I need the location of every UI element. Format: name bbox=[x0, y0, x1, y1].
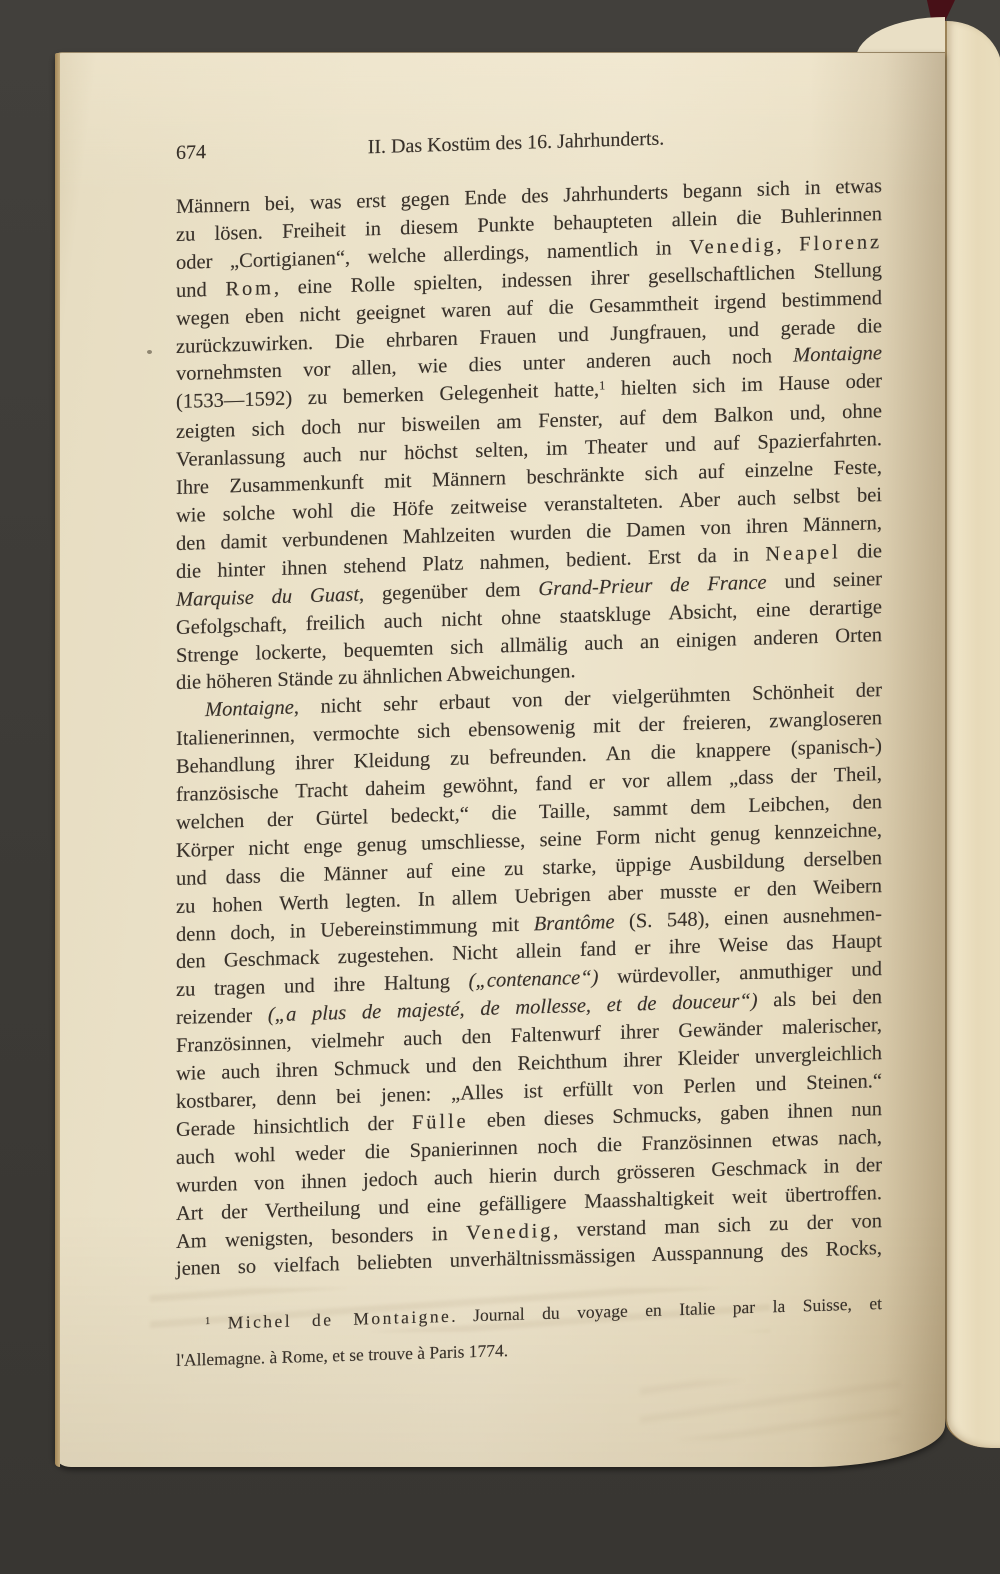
text-segment: Neapel bbox=[765, 541, 840, 565]
text-segment: Fülle bbox=[412, 1110, 469, 1134]
text-segment: Montaigne bbox=[205, 697, 294, 722]
facing-page-edge bbox=[945, 21, 1000, 1448]
text-segment: Brantôme bbox=[534, 911, 615, 935]
body-text: Männern bei, was erst gegen Ende des Jah… bbox=[176, 173, 882, 1284]
text-segment: und seiner bbox=[767, 568, 882, 593]
scan-speck bbox=[147, 350, 152, 354]
text-segment: die bbox=[841, 540, 882, 563]
text-segment: . Journal du voyage en Italie par la Sui… bbox=[451, 1293, 882, 1326]
text-segment: hielten sich im Hause oder bbox=[605, 370, 882, 400]
text-segment: als bei den bbox=[758, 986, 882, 1012]
text-segment: l'Allemagne. à Rome, et se trouve à Pari… bbox=[176, 1340, 508, 1370]
text-segment: , gegenüber dem bbox=[359, 578, 538, 605]
page-number: 674 bbox=[176, 139, 206, 166]
text-segment: Venedig bbox=[466, 1219, 553, 1244]
text-segment: Grand-Prieur de France bbox=[538, 571, 766, 600]
text-segment: Rom bbox=[225, 277, 273, 300]
text-segment: Venedig bbox=[689, 234, 776, 259]
text-segment: Florenz bbox=[799, 231, 882, 255]
text-segment: zu tragen und ihre Haltung bbox=[176, 971, 469, 1002]
text-segment: würdevoller, anmuthiger und bbox=[598, 958, 882, 988]
text-segment: und bbox=[176, 278, 225, 301]
text-segment bbox=[210, 1313, 228, 1334]
footnote-marker: 1 bbox=[599, 378, 605, 392]
text-segment: Montaigne bbox=[793, 342, 882, 367]
text-segment: reizender bbox=[176, 1005, 268, 1030]
show-through-smudge bbox=[640, 1380, 900, 1440]
text-segment: , bbox=[777, 233, 800, 256]
text-segment: Michel de Montaigne bbox=[228, 1306, 451, 1333]
text-segment: Gerade hinsichtlich der bbox=[176, 1112, 412, 1141]
text-segment: (S. 548), einen ausnehmen- bbox=[615, 903, 882, 933]
scan-background: 674 II. Das Kostüm des 16. Jahrhunderts.… bbox=[0, 0, 1000, 1574]
footnote-marker: 1 bbox=[205, 1316, 210, 1327]
text-segment: („contenance“) bbox=[469, 967, 599, 993]
page-text: 674 II. Das Kostüm des 16. Jahrhunderts.… bbox=[176, 119, 882, 1377]
text-segment: Marquise du Guast bbox=[176, 583, 359, 610]
